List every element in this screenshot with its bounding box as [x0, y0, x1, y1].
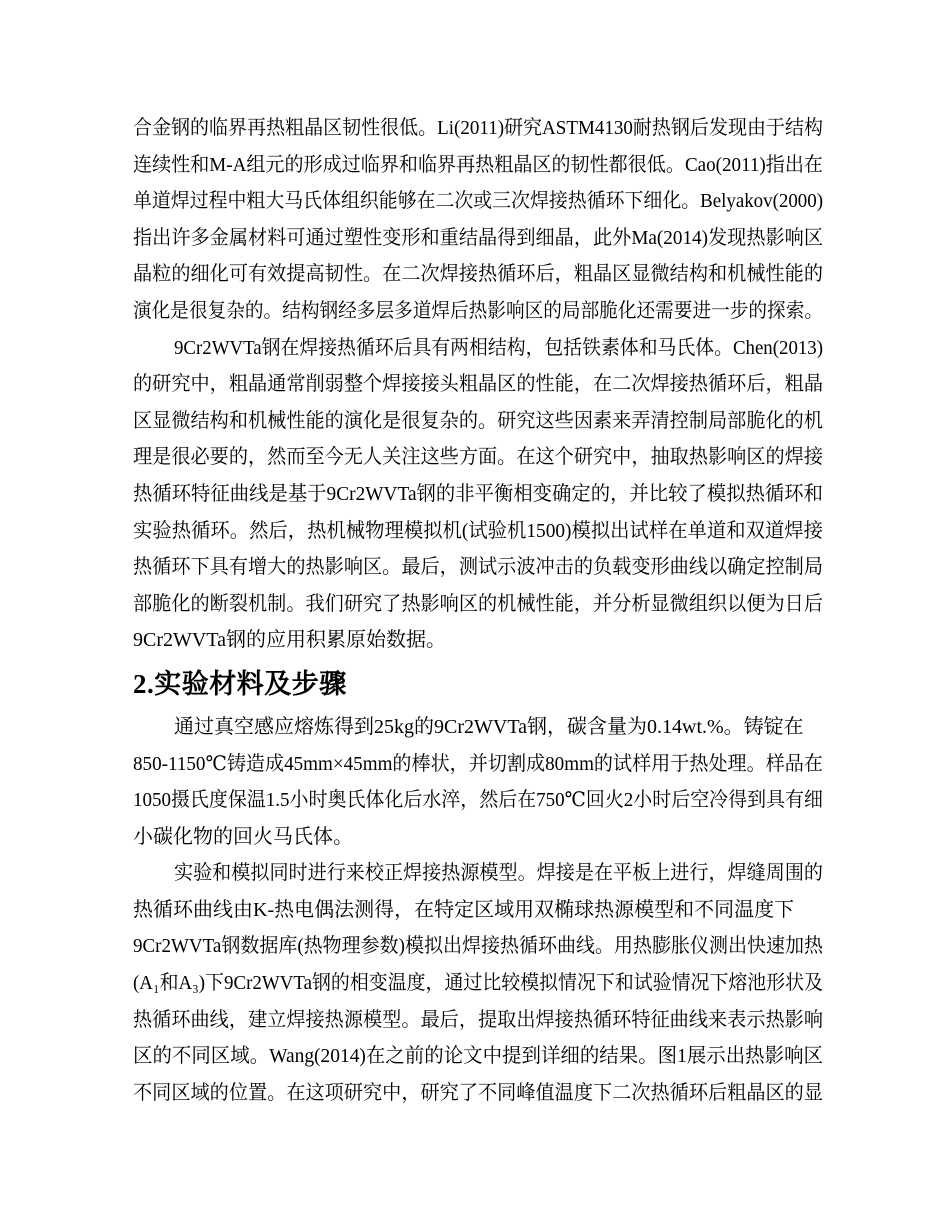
line-text: 1050摄氏度保温1.5小时奥氏体化后水淬，然后在750℃回火2小时后空冷得到具…: [133, 782, 823, 819]
text-line: 合金钢的临界再热粗晶区韧性很低。Li(2011)研究ASTM4130耐热钢后发现…: [133, 110, 823, 147]
line-text: 热循环下具有增大的热影响区。最后，测试示波冲击的负载变形曲线以确定控制局: [133, 549, 823, 586]
text-line: 9Cr2WVTa钢数据库(热物理参数)模拟出焊接热循环曲线。用热膨胀仪测出快速加…: [133, 928, 823, 965]
line-text: 的研究中，粗晶通常削弱整个焊接接头粗晶区的性能，在二次焊接热循环后，粗晶: [133, 366, 823, 403]
line-text: 连续性和M-A组元的形成过临界和临界再热粗晶区的韧性都很低。Cao(2011)指…: [133, 147, 823, 184]
text-line: 指出许多金属材料可通过塑性变形和重结晶得到细晶，此外Ma(2014)发现热影响区: [133, 220, 823, 257]
text-line: 区的不同区域。Wang(2014)在之前的论文中提到详细的结果。图1展示出热影响…: [133, 1038, 823, 1075]
text-line: 演化是很复杂的。结构钢经多层多道焊后热影响区的局部脆化还需要进一步的探索。: [133, 293, 823, 330]
text-line: 实验热循环。然后，热机械物理模拟机(试验机1500)模拟出试样在单道和双道焊接: [133, 513, 823, 550]
line-text: 部脆化的断裂机制。我们研究了热影响区的机械性能，并分析显微组织以便为日后: [133, 586, 823, 623]
line-text: 热循环曲线由K-热电偶法测得，在特定区域用双椭球热源模型和不同温度下: [133, 892, 794, 929]
text-line: 单道焊过程中粗大马氏体组织能够在二次或三次焊接热循环下细化。Belyakov(2…: [133, 183, 823, 220]
text-line: 实验和模拟同时进行来校正焊接热源模型。焊接是在平板上进行，焊缝周围的: [133, 855, 823, 892]
text-line: 小碳化物的回火马氏体。: [133, 819, 823, 856]
text-line: 热循环曲线由K-热电偶法测得，在特定区域用双椭球热源模型和不同温度下: [133, 892, 823, 929]
text-line: 1050摄氏度保温1.5小时奥氏体化后水淬，然后在750℃回火2小时后空冷得到具…: [133, 782, 823, 819]
text-line: 通过真空感应熔炼得到25kg的9Cr2WVTa钢，碳含量为0.14wt.%。铸锭…: [133, 709, 823, 746]
line-text: 区显微结构和机械性能的演化是很复杂的。研究这些因素来弄清控制局部脆化的机: [133, 403, 823, 440]
text-line: 晶粒的细化可有效提高韧性。在二次焊接热循环后，粗晶区显微结构和机械性能的: [133, 256, 823, 293]
line-text: 演化是很复杂的。结构钢经多层多道焊后热影响区的局部脆化还需要进一步的探索。: [133, 293, 823, 330]
paragraph-prior-research: 合金钢的临界再热粗晶区韧性很低。Li(2011)研究ASTM4130耐热钢后发现…: [133, 110, 823, 330]
line-text: 区的不同区域。Wang(2014)在之前的论文中提到详细的结果。图1展示出热影响…: [133, 1038, 823, 1075]
line-text: 热循环曲线，建立焊接热源模型。最后，提取出焊接热循环特征曲线来表示热影响: [133, 1002, 823, 1039]
line-text: 单道焊过程中粗大马氏体组织能够在二次或三次焊接热循环下细化。Belyakov(2…: [133, 183, 823, 220]
paragraph-material-preparation: 通过真空感应熔炼得到25kg的9Cr2WVTa钢，碳含量为0.14wt.%。铸锭…: [133, 709, 823, 855]
text-line: 的研究中，粗晶通常削弱整个焊接接头粗晶区的性能，在二次焊接热循环后，粗晶: [133, 366, 823, 403]
text-block: 合金钢的临界再热粗晶区韧性很低。Li(2011)研究ASTM4130耐热钢后发现…: [133, 110, 823, 1111]
line-text: 指出许多金属材料可通过塑性变形和重结晶得到细晶，此外Ma(2014)发现热影响区: [133, 220, 823, 257]
line-text: 9Cr2WVTa钢数据库(热物理参数)模拟出焊接热循环曲线。用热膨胀仪测出快速加…: [133, 928, 823, 965]
text-line: 不同区域的位置。在这项研究中，研究了不同峰值温度下二次热循环后粗晶区的显: [133, 1075, 823, 1112]
paragraph-experiment-simulation: 实验和模拟同时进行来校正焊接热源模型。焊接是在平板上进行，焊缝周围的 热循环曲线…: [133, 855, 823, 1111]
text-line: (A₁和A₃)下9Cr2WVTa钢的相变温度，通过比较模拟情况下和试验情况下熔池…: [133, 965, 823, 1002]
text-line: 部脆化的断裂机制。我们研究了热影响区的机械性能，并分析显微组织以便为日后: [133, 586, 823, 623]
line-text: 小碳化物的回火马氏体。: [133, 819, 353, 856]
text-line: 连续性和M-A组元的形成过临界和临界再热粗晶区的韧性都很低。Cao(2011)指…: [133, 147, 823, 184]
text-line: 热循环下具有增大的热影响区。最后，测试示波冲击的负载变形曲线以确定控制局: [133, 549, 823, 586]
document-page: 合金钢的临界再热粗晶区韧性很低。Li(2011)研究ASTM4130耐热钢后发现…: [0, 0, 952, 1232]
line-text: 热循环特征曲线是基于9Cr2WVTa钢的非平衡相变确定的，并比较了模拟热循环和: [133, 476, 823, 513]
text-line: 9Cr2WVTa钢的应用积累原始数据。: [133, 622, 823, 659]
paragraph-study-overview: 9Cr2WVTa钢在焊接热循环后具有两相结构，包括铁素体和马氏体。Chen(20…: [133, 330, 823, 659]
line-text: 合金钢的临界再热粗晶区韧性很低。Li(2011)研究ASTM4130耐热钢后发现…: [133, 110, 823, 147]
text-line: 理是很必要的，然而至今无人关注这些方面。在这个研究中，抽取热影响区的焊接: [133, 439, 823, 476]
text-line: 热循环特征曲线是基于9Cr2WVTa钢的非平衡相变确定的，并比较了模拟热循环和: [133, 476, 823, 513]
section-heading: 2.实验材料及步骤: [133, 659, 823, 709]
text-line: 9Cr2WVTa钢在焊接热循环后具有两相结构，包括铁素体和马氏体。Chen(20…: [133, 330, 823, 367]
line-text: (A₁和A₃)下9Cr2WVTa钢的相变温度，通过比较模拟情况下和试验情况下熔池…: [133, 965, 823, 1002]
line-text: 不同区域的位置。在这项研究中，研究了不同峰值温度下二次热循环后粗晶区的显: [133, 1075, 823, 1112]
line-text: 9Cr2WVTa钢的应用积累原始数据。: [133, 622, 446, 659]
line-text: 850-1150℃铸造成45mm×45mm的棒状，并切割成80mm的试样用于热处…: [133, 746, 823, 783]
text-line: 热循环曲线，建立焊接热源模型。最后，提取出焊接热循环特征曲线来表示热影响: [133, 1002, 823, 1039]
line-text: 实验和模拟同时进行来校正焊接热源模型。焊接是在平板上进行，焊缝周围的: [174, 855, 823, 892]
line-text: 理是很必要的，然而至今无人关注这些方面。在这个研究中，抽取热影响区的焊接: [133, 439, 823, 476]
line-text: 晶粒的细化可有效提高韧性。在二次焊接热循环后，粗晶区显微结构和机械性能的: [133, 256, 823, 293]
text-line: 850-1150℃铸造成45mm×45mm的棒状，并切割成80mm的试样用于热处…: [133, 746, 823, 783]
line-text: 9Cr2WVTa钢在焊接热循环后具有两相结构，包括铁素体和马氏体。Chen(20…: [174, 330, 823, 367]
line-text: 通过真空感应熔炼得到25kg的9Cr2WVTa钢，碳含量为0.14wt.%。铸锭…: [174, 709, 804, 746]
line-text: 实验热循环。然后，热机械物理模拟机(试验机1500)模拟出试样在单道和双道焊接: [133, 513, 823, 550]
text-line: 区显微结构和机械性能的演化是很复杂的。研究这些因素来弄清控制局部脆化的机: [133, 403, 823, 440]
